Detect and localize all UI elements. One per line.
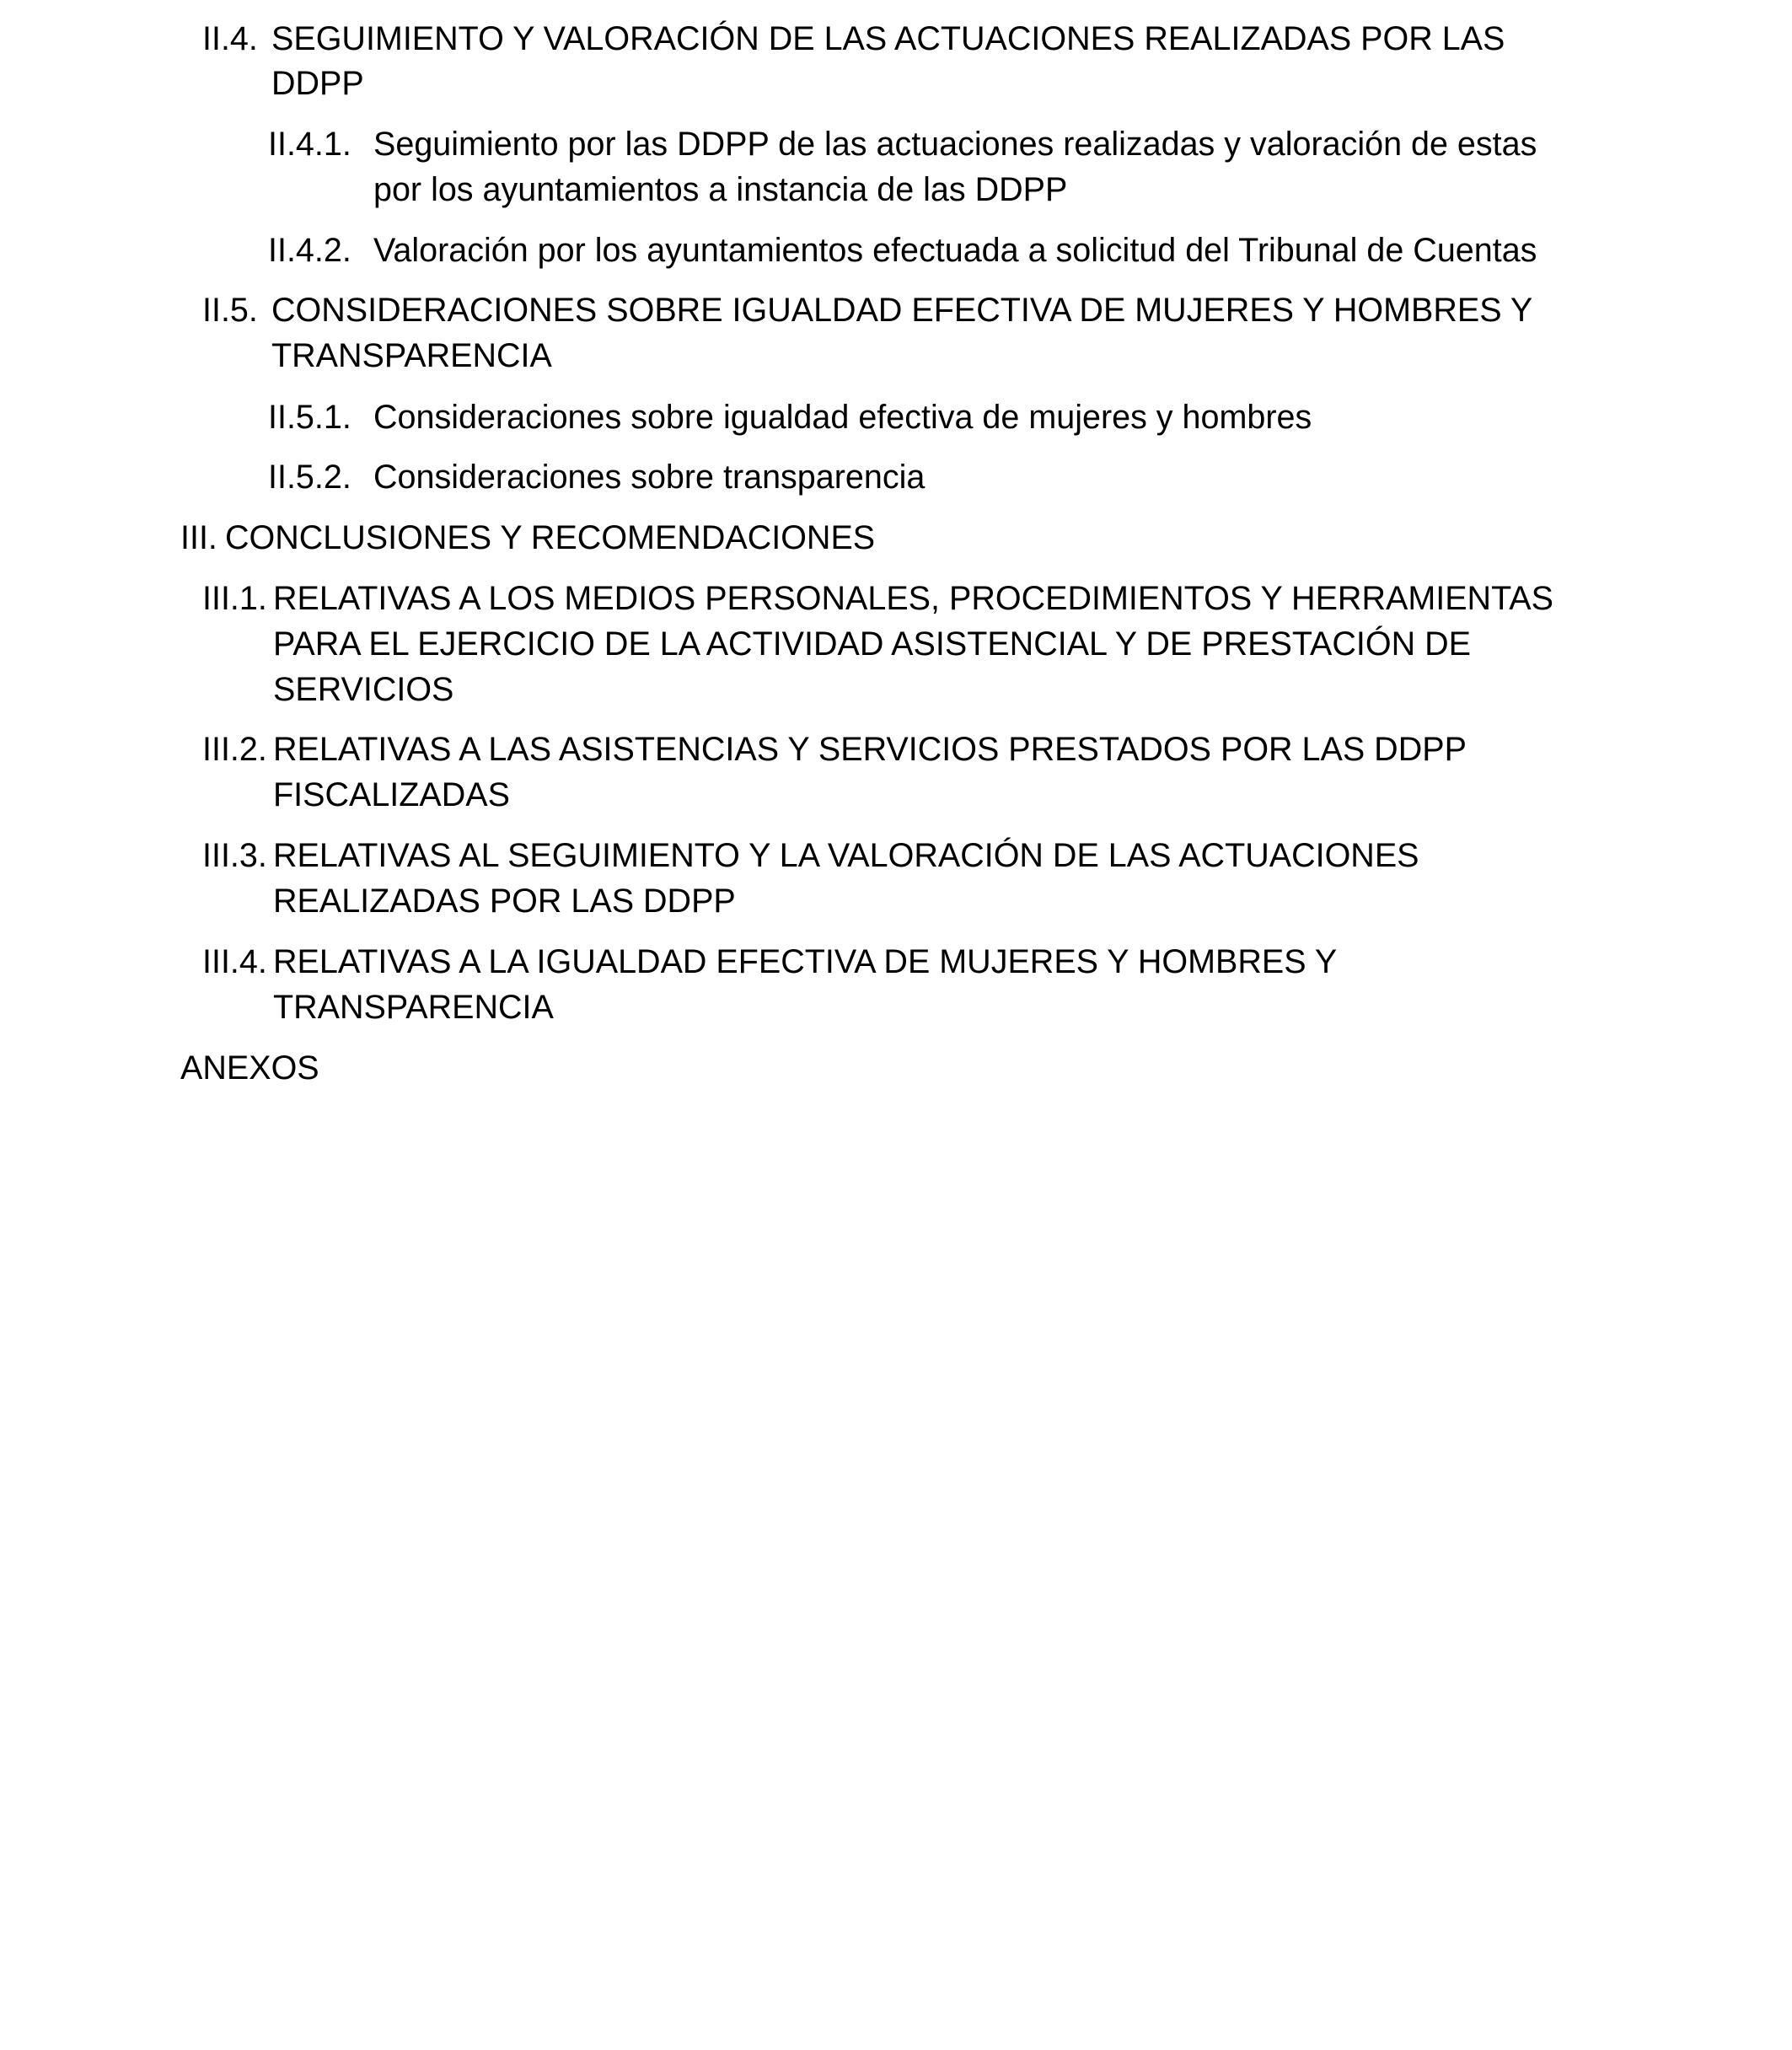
toc-number: II.4.: [202, 23, 258, 56]
toc-entry-title: Valoración por los ayuntamientos efectua…: [373, 234, 1537, 268]
toc-entry-title-continued: PARA EL EJERCICIO DE LA ACTIVIDAD ASISTE…: [273, 628, 1471, 662]
toc-number: II.5.: [202, 294, 258, 328]
toc-number: III.2.: [202, 733, 267, 767]
toc-entry-title: SEGUIMIENTO Y VALORACIÓN DE LAS ACTUACIO…: [271, 23, 1505, 56]
toc-number: III.4.: [202, 946, 267, 979]
toc-entry-title: RELATIVAS A LOS MEDIOS PERSONALES, PROCE…: [273, 582, 1553, 616]
toc-entry-title: RELATIVAS A LA IGUALDAD EFECTIVA DE MUJE…: [273, 946, 1337, 979]
toc-number: III.: [180, 522, 217, 555]
toc-entry-title-continued: SERVICIOS: [273, 673, 453, 707]
toc-entry-title: RELATIVAS A LAS ASISTENCIAS Y SERVICIOS …: [273, 733, 1467, 767]
toc-entry-title-continued: TRANSPARENCIA: [273, 991, 554, 1025]
toc-entry-title: Consideraciones sobre igualdad efectiva …: [373, 401, 1312, 435]
toc-entry-title-continued: REALIZADAS POR LAS DDPP: [273, 885, 736, 919]
toc-number: III.1.: [202, 582, 267, 616]
toc-entry-title-continued: TRANSPARENCIA: [271, 340, 552, 373]
toc-entry-title: ANEXOS: [180, 1052, 319, 1086]
toc-number: II.4.2.: [268, 234, 351, 268]
toc-entry-title-continued: por los ayuntamientos a instancia de las…: [373, 174, 1067, 207]
toc-entry-title: CONCLUSIONES Y RECOMENDACIONES: [225, 522, 875, 555]
toc-number: II.5.2.: [268, 461, 351, 495]
toc-entry-title: RELATIVAS AL SEGUIMIENTO Y LA VALORACIÓN…: [273, 840, 1419, 873]
toc-entry-title: Seguimiento por las DDPP de las actuacio…: [373, 128, 1537, 162]
toc-number: III.3.: [202, 840, 267, 873]
toc-entry-title-continued: DDPP: [271, 67, 364, 101]
toc-number: II.4.1.: [268, 128, 351, 162]
toc-entry-title-continued: FISCALIZADAS: [273, 779, 510, 813]
toc-number: II.5.1.: [268, 401, 351, 435]
toc-entry-title: Consideraciones sobre transparencia: [373, 461, 925, 495]
toc-entry-title: CONSIDERACIONES SOBRE IGUALDAD EFECTIVA …: [271, 294, 1532, 328]
